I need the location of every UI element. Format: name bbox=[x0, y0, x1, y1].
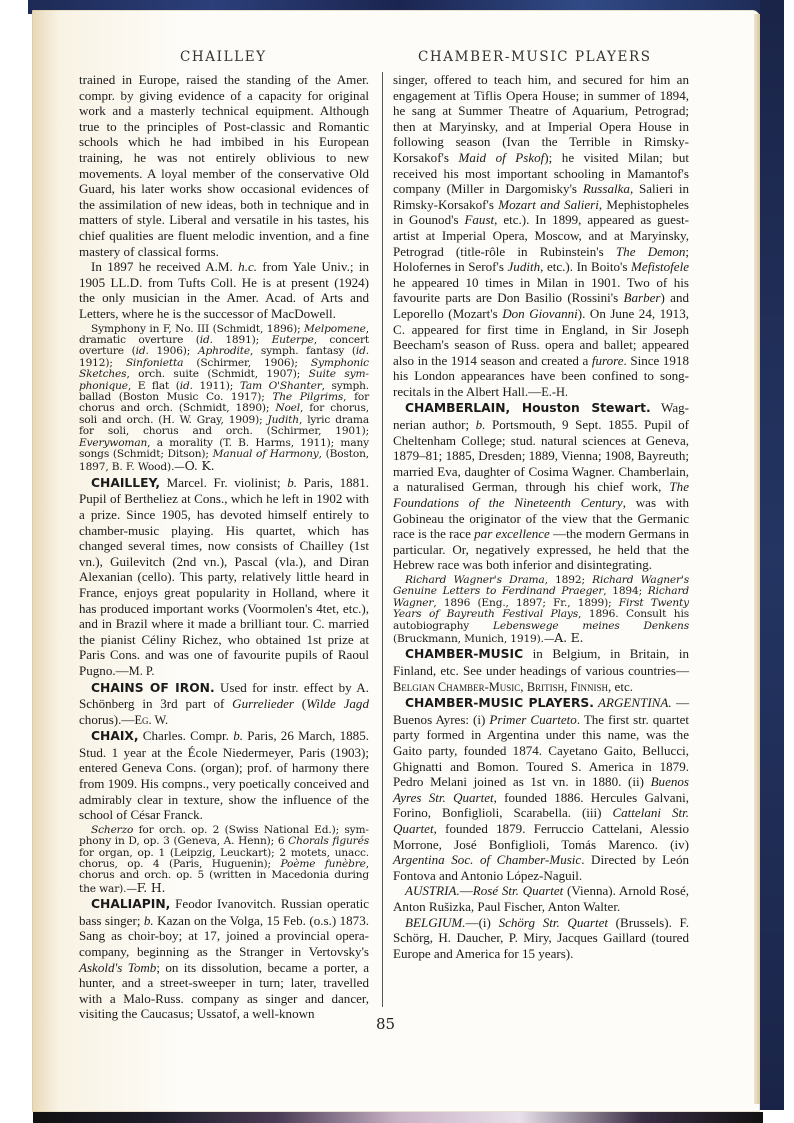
entry-chailley: CHAILLEY, Marcel. Fr. violinist; b. Pari… bbox=[79, 475, 369, 680]
country-heading: BELGIUM. bbox=[405, 915, 466, 930]
running-header-left: CHAILLEY bbox=[180, 49, 267, 65]
right-column: singer, offered to teach him, and secure… bbox=[393, 72, 689, 961]
entry-chamberlain: CHAMBERLAIN, Houston Stewart. Wag­nerian… bbox=[393, 400, 689, 573]
country-heading: AUSTRIA. bbox=[405, 883, 460, 898]
page-number: 85 bbox=[376, 1015, 395, 1033]
chadwick-works-list: Symphony in F, No. III (Schmidt, 1896); … bbox=[79, 324, 369, 474]
headword: CHALIAPIN, bbox=[91, 897, 170, 911]
entry-chaix: CHAIX, Charles. Compr. b. Paris, 26 Marc… bbox=[79, 728, 369, 823]
book-cover-right-edge bbox=[760, 0, 784, 1110]
entry-chamber-music: CHAMBER-MUSIC in Belgium, in Britain, in… bbox=[393, 646, 689, 695]
headword: CHAMBERLAIN, bbox=[405, 401, 510, 415]
chadwick-paragraph-continued: trained in Europe, raised the standing o… bbox=[79, 72, 369, 259]
headword: CHAILLEY, bbox=[91, 476, 160, 490]
headword: CHAIX, bbox=[91, 729, 139, 743]
signature: A. E. bbox=[554, 630, 583, 645]
entry-chaliapin: CHALIAPIN, Feodor Ivanovitch. Russian op… bbox=[79, 896, 369, 1022]
headword: CHAINS OF IRON. bbox=[91, 681, 215, 695]
column-divider bbox=[382, 72, 383, 1007]
entry-chamber-music-players: CHAMBER-MUSIC PLAYERS. ARGENTINA. —Bueno… bbox=[393, 695, 689, 883]
book-cover-bottom-edge bbox=[33, 1112, 763, 1123]
headword: CHAMBER-MUSIC PLAYERS. bbox=[405, 696, 594, 710]
chaix-works-list: Scherzo for orch. op. 2 (Swiss National … bbox=[79, 825, 369, 895]
signature: M. P. bbox=[129, 664, 155, 678]
entry-chains-of-iron: CHAINS OF IRON. Used for instr. effect b… bbox=[79, 680, 369, 729]
headword: CHAMBER-MUSIC bbox=[405, 647, 523, 661]
running-header-right: CHAMBER-MUSIC PLAYERS bbox=[418, 49, 652, 65]
players-belgium: BELGIUM.—(i) Schörg Str. Quartet (Brusse… bbox=[393, 915, 689, 962]
chamberlain-works-list: Richard Wagner's Drama, 1892; Richard Wa… bbox=[393, 575, 689, 645]
left-column: trained in Europe, raised the standing o… bbox=[79, 72, 369, 1022]
signature: E.-H. bbox=[541, 385, 568, 399]
chadwick-paragraph-honours: In 1897 he received A.M. h.c. from Yale … bbox=[79, 259, 369, 321]
chaliapin-continued: singer, offered to teach him, and secure… bbox=[393, 72, 689, 400]
signature: Eg. W. bbox=[134, 713, 168, 727]
signature: F. H. bbox=[137, 880, 166, 895]
players-austria: AUSTRIA.—Rosé Str. Quartet (Vienna). Arn… bbox=[393, 883, 689, 914]
country-heading: ARGENTINA. bbox=[594, 695, 672, 710]
signature: O. K. bbox=[185, 458, 215, 473]
